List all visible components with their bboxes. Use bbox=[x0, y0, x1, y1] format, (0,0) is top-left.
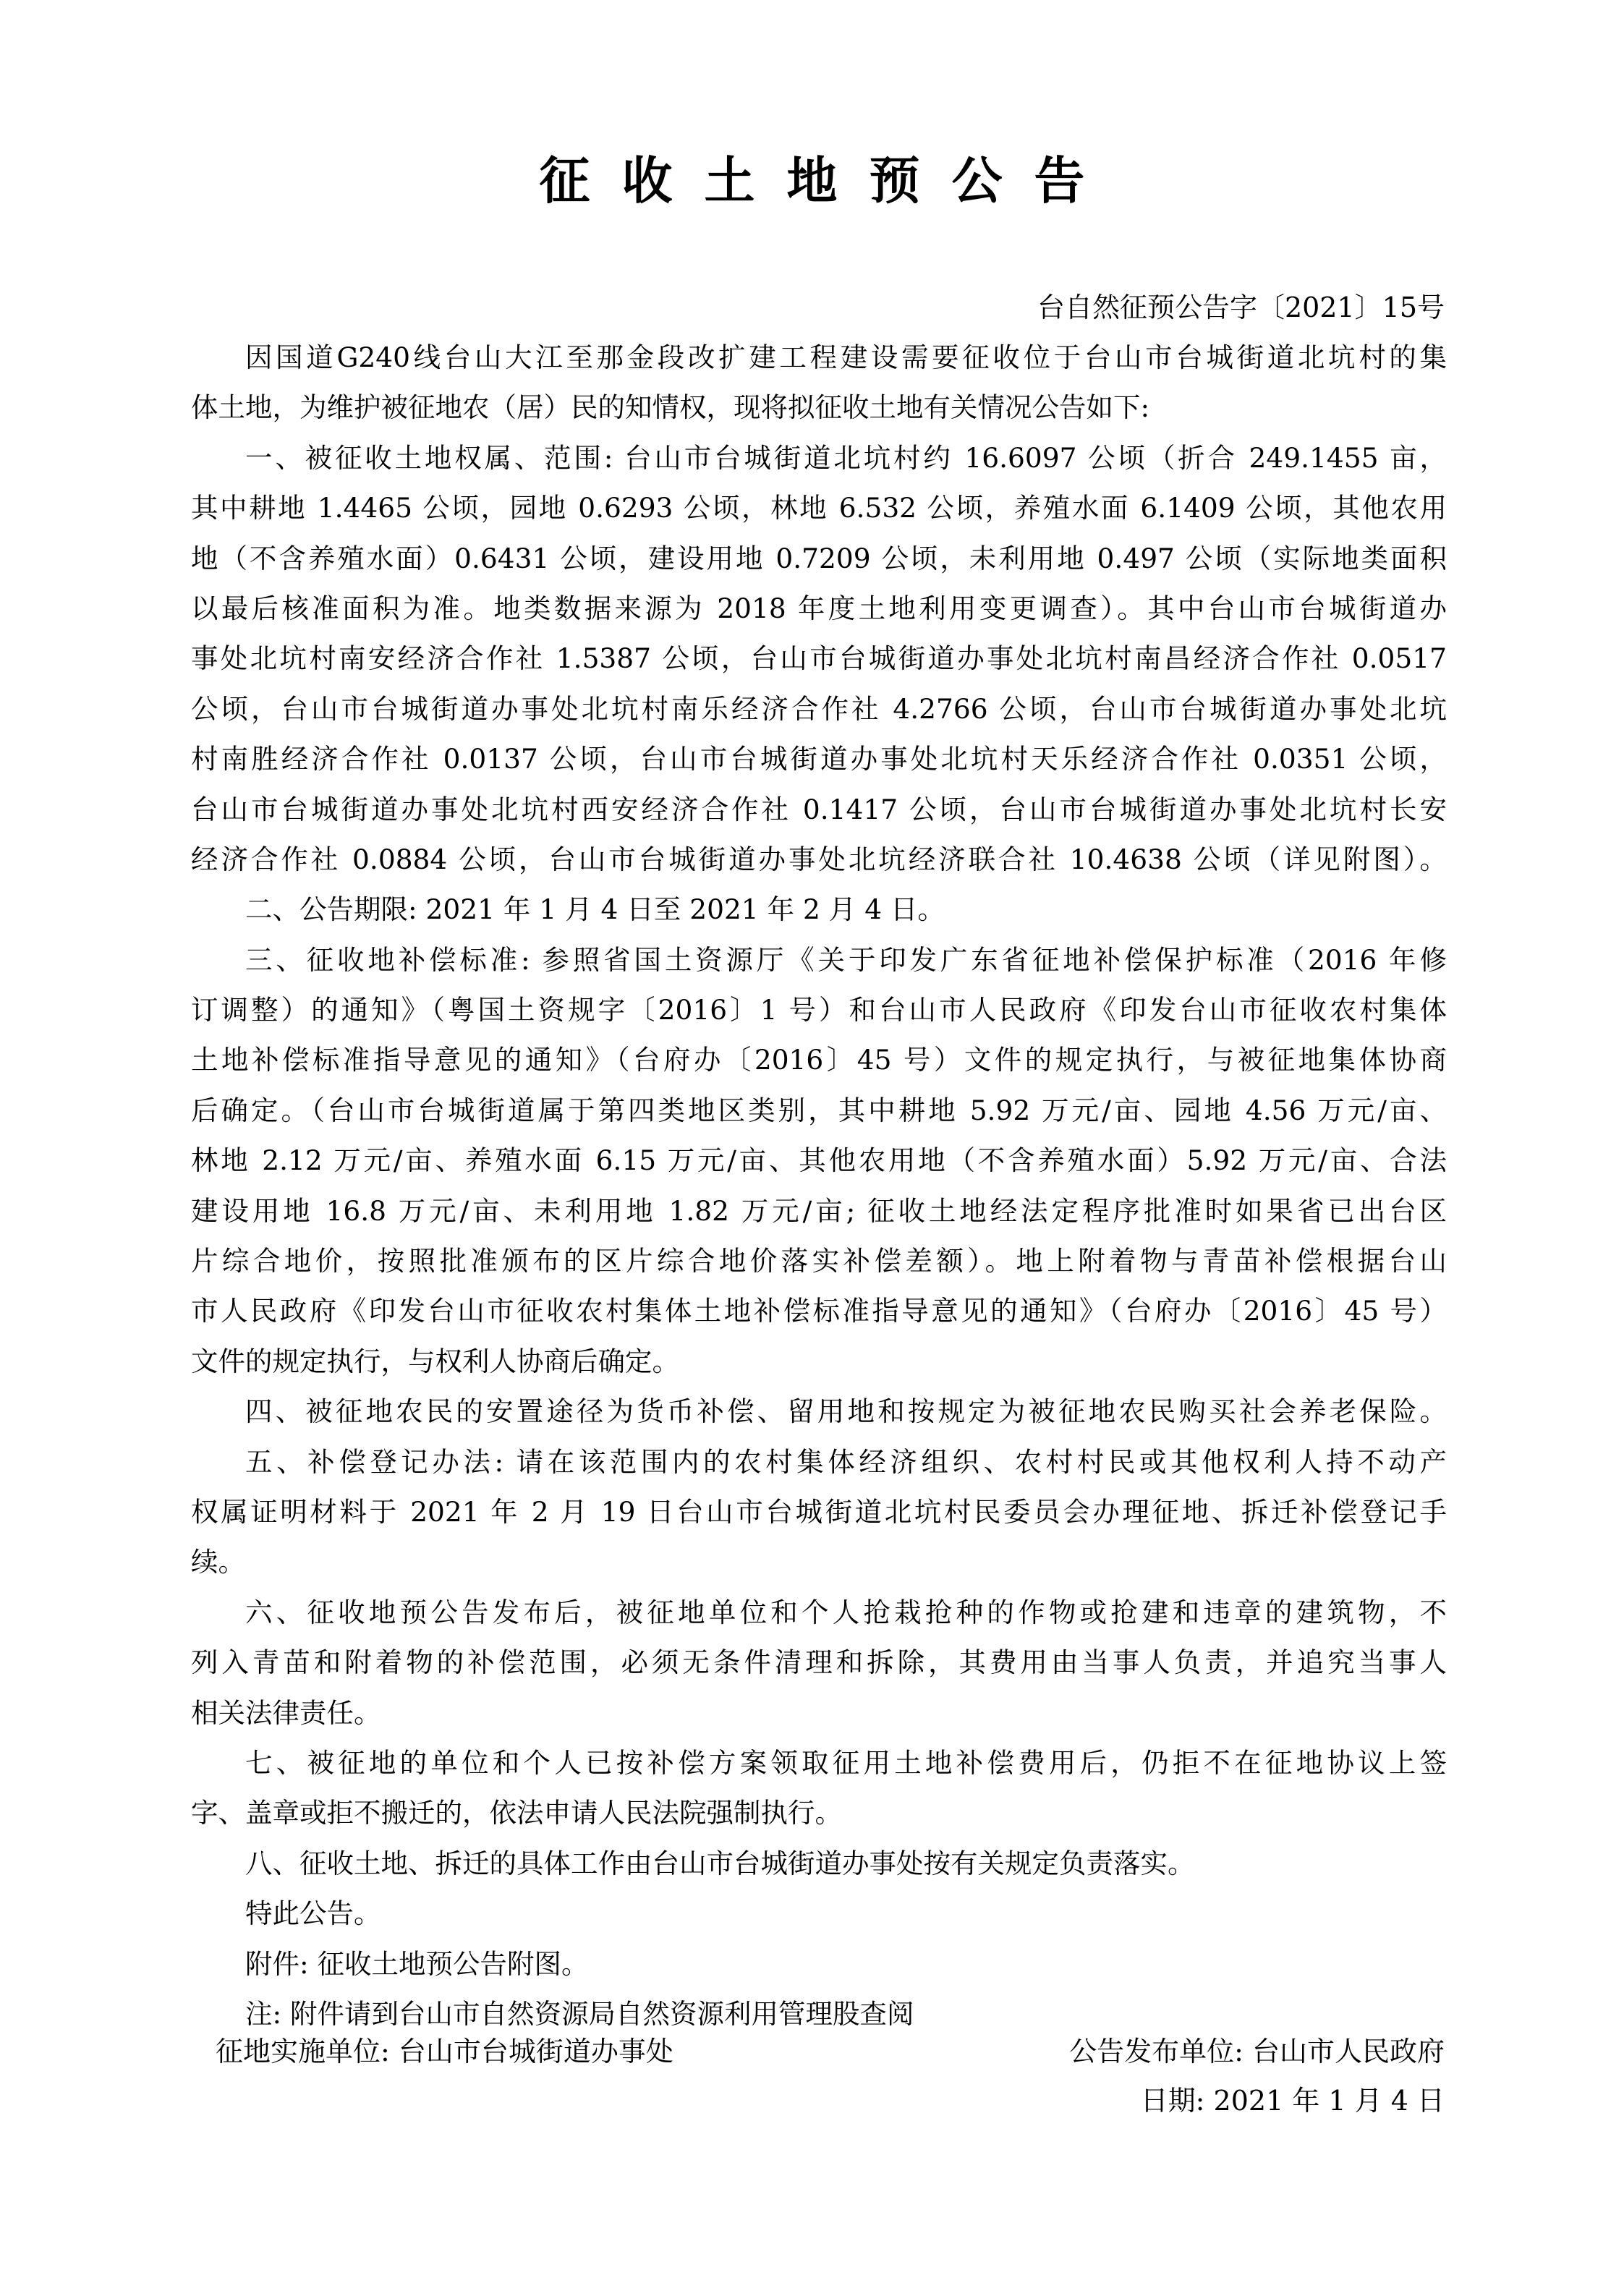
body-line: 经济合作社 0.0884 公顷，台山市台城街道办事处北坑经济联合社 10.463… bbox=[191, 835, 1447, 885]
body-line: 建设用地 16.8 万元/亩、未利用地 1.82 万元/亩; 征收土地经法定程序… bbox=[191, 1186, 1447, 1236]
body-line: 权属证明材料于 2021 年 2 月 19 日台山市台城街道北坑村民委员会办理征… bbox=[191, 1487, 1447, 1537]
title-char: 收 bbox=[622, 148, 673, 213]
title-char: 告 bbox=[1034, 148, 1085, 213]
body-line: 五、补偿登记办法: 请在该范围内的农村集体经济组织、农村村民或其他权利人持不动产 bbox=[191, 1437, 1447, 1487]
body-line: 后确定。（台山市台城街道属于第四类地区类别，其中耕地 5.92 万元/亩、园地 … bbox=[191, 1086, 1447, 1136]
body-line: 林地 2.12 万元/亩、养殖水面 6.15 万元/亩、其他农用地（不含养殖水面… bbox=[191, 1136, 1447, 1186]
body-line: 续。 bbox=[191, 1537, 1447, 1587]
body-line: 七、被征地的单位和个人已按补偿方案领取征用土地补偿费用后，仍拒不在征地协议上签 bbox=[191, 1738, 1447, 1788]
body-line: 以最后核准面积为准。地类数据来源为 2018 年度土地利用变更调查）。其中台山市… bbox=[191, 584, 1447, 634]
body-line: 台山市台城街道办事处北坑村西安经济合作社 0.1417 公顷，台山市台城街道办事… bbox=[191, 785, 1447, 835]
body-line: 市人民政府《印发台山市征收农村集体土地补偿标准指导意见的通知》（台府办〔2016… bbox=[191, 1286, 1447, 1336]
document-number: 台自然征预公告字〔2021〕15号 bbox=[1037, 287, 1445, 328]
body-line: 村南胜经济合作社 0.0137 公顷，台山市台城街道办事处北坑村天乐经济合作社 … bbox=[191, 734, 1447, 784]
body-line: 土地补偿标准指导意见的通知》（台府办〔2016〕45 号）文件的规定执行，与被征… bbox=[191, 1035, 1447, 1085]
body-line: 相关法律责任。 bbox=[191, 1688, 1447, 1738]
implementing-unit: 征地实施单位: 台山市台城街道办事处 bbox=[216, 2030, 673, 2073]
title-char: 地 bbox=[787, 148, 838, 213]
body-line: 特此公告。 bbox=[191, 1889, 1447, 1939]
body-line: 文件的规定执行，与权利人协商后确定。 bbox=[191, 1337, 1447, 1387]
issuing-unit: 公告发布单位: 台山市人民政府 bbox=[1069, 2030, 1445, 2073]
title-char: 预 bbox=[870, 148, 920, 213]
body-line: 地（不含养殖水面）0.6431 公顷，建设用地 0.7209 公顷，未利用地 0… bbox=[191, 534, 1447, 584]
body-line: 六、征收地预公告发布后，被征地单位和个人抢栽抢种的作物或抢建和违章的建筑物，不 bbox=[191, 1588, 1447, 1638]
body-line: 四、被征地农民的安置途径为货币补偿、留用地和按规定为被征地农民购买社会养老保险。 bbox=[191, 1387, 1447, 1437]
body-line: 三、征收地补偿标准: 参照省国土资源厅《关于印发广东省征地补偿保护标准（2016… bbox=[191, 935, 1447, 985]
document-page: 征收土地预公告 台自然征预公告字〔2021〕15号 因国道G240线台山大江至那… bbox=[0, 0, 1624, 2296]
document-title: 征收土地预公告 bbox=[0, 148, 1624, 213]
body-line: 一、被征收土地权属、范围: 台山市台城街道北坑村约 16.6097 公顷（折合 … bbox=[191, 433, 1447, 483]
body-line: 体土地，为维护被征地农（居）民的知情权，现将拟征收土地有关情况公告如下: bbox=[191, 383, 1447, 433]
body-line: 附件: 征收土地预公告附图。 bbox=[191, 1939, 1447, 1989]
body-line: 字、盖章或拒不搬迁的，依法申请人民法院强制执行。 bbox=[191, 1788, 1447, 1838]
title-char: 征 bbox=[540, 148, 590, 213]
document-body: 因国道G240线台山大江至那金段改扩建工程建设需要征收位于台山市台城街道北坑村的… bbox=[191, 333, 1447, 2039]
body-line: 列入青苗和附着物的补偿范围，必须无条件清理和拆除，其费用由当事人负责，并追究当事… bbox=[191, 1638, 1447, 1688]
body-line: 事处北坑村南安经济合作社 1.5387 公顷，台山市台城街道办事处北坑村南昌经济… bbox=[191, 634, 1447, 684]
body-line: 八、征收土地、拆迁的具体工作由台山市台城街道办事处按有关规定负责落实。 bbox=[191, 1839, 1447, 1889]
issue-date: 日期: 2021 年 1 月 4 日 bbox=[1141, 2079, 1445, 2122]
body-line: 片综合地价，按照批准颁布的区片综合地价落实补偿差额）。地上附着物与青苗补偿根据台… bbox=[191, 1236, 1447, 1286]
body-line: 因国道G240线台山大江至那金段改扩建工程建设需要征收位于台山市台城街道北坑村的… bbox=[191, 333, 1447, 383]
title-char: 公 bbox=[952, 148, 1003, 213]
body-line: 公顷，台山市台城街道办事处北坑村南乐经济合作社 4.2766 公顷，台山市台城街… bbox=[191, 684, 1447, 734]
body-line: 其中耕地 1.4465 公顷，园地 0.6293 公顷，林地 6.532 公顷，… bbox=[191, 483, 1447, 533]
title-char: 土 bbox=[705, 148, 755, 213]
body-line: 订调整）的通知》（粤国土资规字〔2016〕1 号）和台山市人民政府《印发台山市征… bbox=[191, 985, 1447, 1035]
body-line: 二、公告期限: 2021 年 1 月 4 日至 2021 年 2 月 4 日。 bbox=[191, 885, 1447, 935]
